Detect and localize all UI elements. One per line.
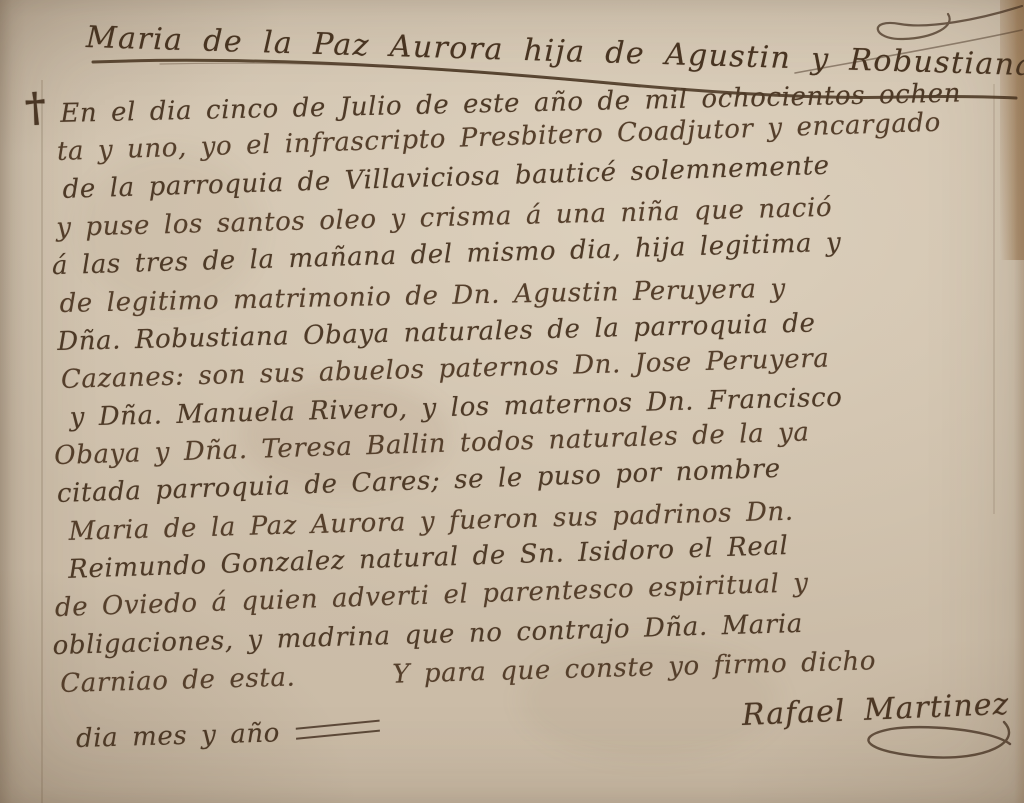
double-dash-flourish-icon (296, 720, 380, 740)
closing-text: dia mes y año (76, 718, 281, 754)
left-margin-rule (41, 80, 43, 803)
record-body: En el dia cinco de Julio de este año de … (56, 78, 1016, 702)
margin-cross-icon: † (23, 83, 47, 131)
